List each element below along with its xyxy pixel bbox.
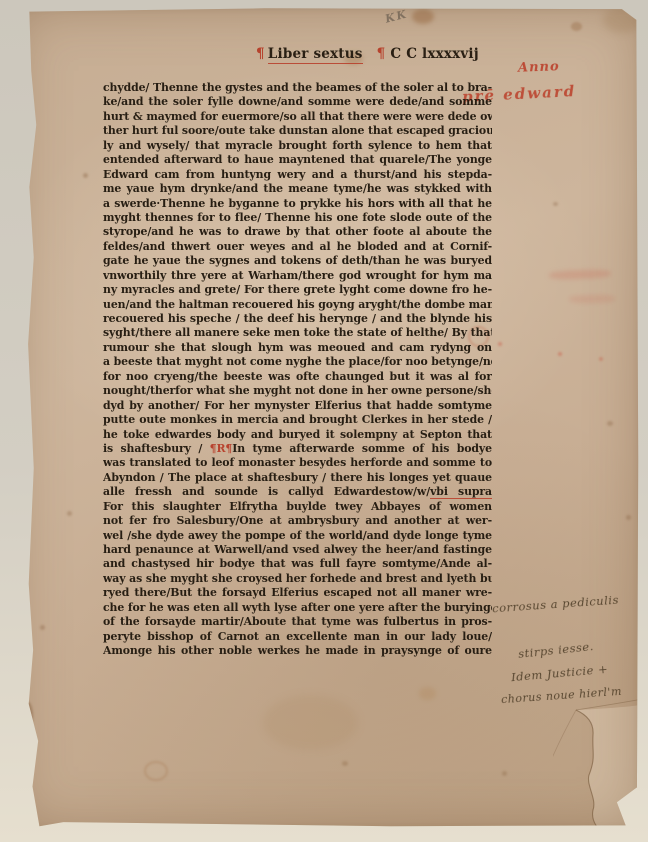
text-line: syght/there all manere seke men toke the… [103,326,492,340]
text-line: nought/therfor what she myght not done i… [103,384,492,398]
text-line: myght thennes for to flee/ Thenne his on… [103,211,492,225]
text-line: me yaue hym drynke/and the meane tyme/he… [103,182,492,196]
text-line: che for he was eten all wyth lyse after … [103,601,492,615]
foxing-speck [626,515,631,520]
text-line: is shaftesbury / ¶R¶In tyme afterwarde s… [103,442,492,456]
text-line: peryte bisshop of Carnot an excellente m… [103,630,492,644]
running-title-text: Liber sextus [268,46,363,64]
text-line: way as she myght she croysed her forhede… [103,572,492,586]
text-line: he toke edwardes body and buryed it sole… [103,428,492,442]
text-line: rumour she that slough hym was meoued an… [103,341,492,355]
foxing-ring [144,761,168,781]
text-line: vnworthily thre yere at Warham/there god… [103,269,492,283]
text-line: ke/and the soler fylle downe/and somme w… [103,95,492,109]
folio-number: C C lxxxxvij [390,46,478,62]
text-line: gate he yaue the sygnes and tokens of de… [103,254,492,268]
edge-chip [16,143,24,160]
text-line: ther hurt ful soore/oute take dunstan al… [103,124,492,138]
paraph-icon: ¶ [256,46,265,62]
edge-chip [15,297,23,327]
edge-chip [18,203,27,229]
text-line: recouered his speche / the deef his hery… [103,312,492,326]
brown-marginalia-note: chorus noue hierl'm [501,685,623,706]
text-line: ly and wysely/ that myracle brought fort… [103,139,492,153]
red-speck [558,352,562,356]
foxing-speck [83,173,88,178]
text-line: styrope/and he was to drawe by that othe… [103,225,492,239]
brown-marginalia-note: Idem Justicie + [511,662,609,684]
text-line: feldes/and thwert ouer weyes and al he b… [103,240,492,254]
text-line: a swerde·Thenne he byganne to prykke his… [103,197,492,211]
pencil-inscription: KK [384,7,410,25]
text-line: a beeste that myght not come nyghe the p… [103,355,492,369]
text-line: wel /she dyde awey the pompe of the worl… [103,529,492,543]
stain [263,695,358,750]
paper-tear [553,695,648,835]
text-line: ryed there/But the forsayd Elferius esca… [103,586,492,600]
red-speck [498,342,502,346]
brown-marginalia-note: corrosus a pediculis [492,593,620,616]
brown-marginalia-note: stirps iesse. [517,639,594,661]
foxing-speck [342,761,348,766]
faded-red-smudge [549,269,611,280]
text-line: chydde/ Thenne the gystes and the beames… [103,81,492,95]
text-line: of the forsayde martir/Aboute that tyme … [103,615,492,629]
stain [419,687,436,700]
text-line: dyd by another/ For her mynyster Elferiu… [103,399,492,413]
stain [571,22,582,31]
edge-chip [17,87,27,111]
red-speck [599,357,603,361]
text-line: ny myracles and grete/ For there grete l… [103,283,492,297]
photo-backdrop: KK ¶Liber sextus¶C C lxxxxvij Anno prē e… [0,0,648,842]
text-line: hard penaunce at Warwell/and vsed alwey … [103,543,492,557]
foxing-speck [502,771,507,776]
edge-chip [18,611,28,635]
stain [412,9,434,24]
text-line: hurt & maymed for euermore/so all that t… [103,110,492,124]
manuscript-page: KK ¶Liber sextus¶C C lxxxxvij Anno prē e… [13,5,642,832]
text-line: and chastysed hir bodye that was full fa… [103,557,492,571]
faded-red-smudge [569,295,615,304]
red-marginalia-anno: Anno [518,59,560,75]
text-line: Edward cam from huntyng wery and a thurs… [103,168,492,182]
foxing-speck [607,421,613,426]
paraph-icon: ¶ [377,46,386,62]
text-line: For this slaughter Elfrytha buylde twey … [103,500,492,514]
running-title: ¶Liber sextus¶C C lxxxxvij [256,46,479,62]
text-line: Amonge his other noble werkes he made in… [103,644,492,658]
text-line: uen/and the haltman recouered his goyng … [103,298,492,312]
foxing-speck [40,625,45,630]
foxing-speck [67,511,72,516]
body-text: chydde/ Thenne the gystes and the beames… [103,81,492,659]
text-line: was translated to leof monaster besydes … [103,456,492,470]
text-line: entended afterward to haue mayntened tha… [103,153,492,167]
text-line: alle fressh and sounde is callyd Edwarde… [103,485,492,499]
text-line: putte oute monkes in mercia and brought … [103,413,492,427]
text-line: not fer fro Salesbury/One at ambrysbury … [103,514,492,528]
foxing-speck [553,202,558,206]
edge-chip [21,701,33,731]
text-line: Abyndon / The place at shaftesbury / the… [103,471,492,485]
text-line: for noo cryeng/the beeste was ofte chaun… [103,370,492,384]
stain [603,7,641,33]
